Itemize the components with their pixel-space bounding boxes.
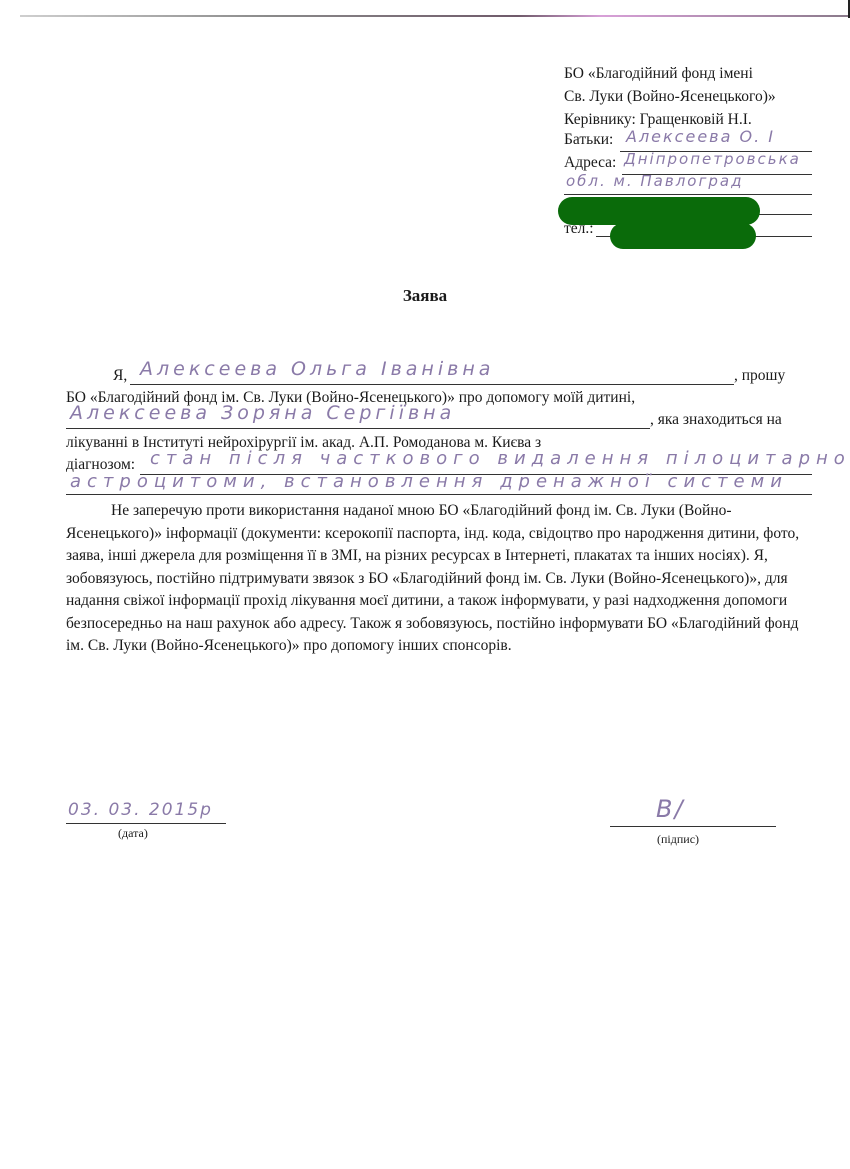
address-underline-2 (564, 194, 812, 195)
phone-label: тел.: (564, 220, 594, 238)
address-label: Адреса: (564, 154, 616, 172)
applicant-underline (130, 384, 734, 385)
date-field[interactable]: 03. 03. 2015р (68, 800, 213, 820)
addressee-block: БО «Благодійний фонд імені Св. Луки (Вой… (564, 62, 776, 131)
child-name-field[interactable]: Алексеева Зоряна Сергіївна (70, 402, 455, 424)
document-title: Заява (0, 286, 850, 306)
addressee-line-2: Св. Луки (Войно-Ясенецького)» (564, 85, 776, 108)
applicant-name-field[interactable]: Алексеева Ольга Іванівна (140, 358, 494, 380)
date-label: (дата) (118, 826, 148, 841)
diagnosis-field-2[interactable]: астроцитоми, встановлення дренажної сист… (70, 471, 788, 492)
address-field-2[interactable]: обл. м. Павлоград (566, 172, 743, 190)
addressee-line-1: БО «Благодійний фонд імені (564, 62, 776, 85)
signature-field[interactable]: В/ (656, 795, 685, 823)
scan-edge (20, 15, 850, 17)
i-label: Я, (113, 367, 127, 385)
parents-field[interactable]: Алексеева О. І (626, 127, 775, 146)
signature-label: (підпис) (657, 832, 699, 847)
child-suffix: , яка знаходиться на (650, 411, 782, 429)
consent-paragraph: Не заперечую проти використання наданої … (66, 500, 806, 658)
signature-underline (610, 826, 776, 827)
date-underline (66, 823, 226, 824)
address-field-1[interactable]: Дніпропетровська (624, 150, 801, 168)
request-suffix: , прошу (734, 367, 785, 385)
diagnosis-field-1[interactable]: стан після часткового видалення пілоцита… (150, 448, 850, 469)
child-underline (66, 428, 650, 429)
diagnosis-underline-2 (66, 494, 812, 495)
redaction-phone (610, 223, 756, 249)
parents-label: Батьки: (564, 131, 613, 149)
